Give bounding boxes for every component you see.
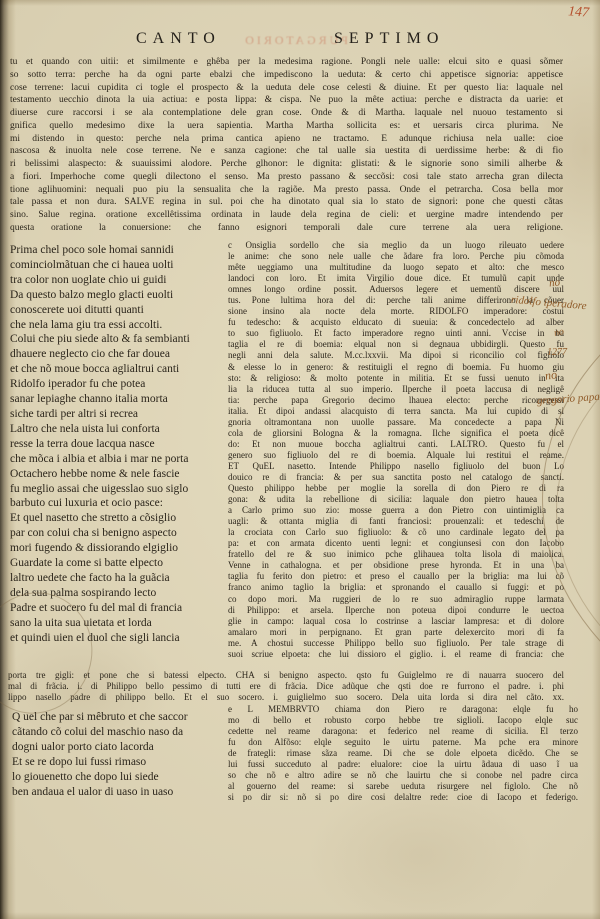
page-surface: CANTO PURGATORIO SEPTIMO 147 tu et quand… bbox=[0, 0, 600, 919]
full-width-commentary-note: porta tre gigli: et pone che si batessi … bbox=[8, 670, 564, 703]
running-title-septimo: SEPTIMO bbox=[334, 30, 444, 48]
margin-note-year-1277: 1277 bbox=[547, 347, 567, 358]
folio-number: 147 bbox=[567, 4, 589, 21]
commentary-column-block-2: e L MEMBRVTO chiama don Piero re daragon… bbox=[228, 704, 578, 803]
margin-note-no-3: no bbox=[544, 367, 558, 384]
verse-column-block-2: Q uel che par si mêbruto et che saccor c… bbox=[12, 710, 232, 800]
intro-commentary-paragraph: tu et quando con uitii: et similmente e … bbox=[10, 56, 563, 235]
bleed-through-title: PURGATORIO bbox=[238, 33, 348, 48]
running-title-canto: CANTO bbox=[136, 30, 221, 48]
margin-note-no-1: no bbox=[548, 276, 560, 289]
margin-note-no-2: no bbox=[553, 326, 565, 339]
verse-column-block-1: Prima chel poco sole homai sannidi comin… bbox=[10, 243, 228, 645]
